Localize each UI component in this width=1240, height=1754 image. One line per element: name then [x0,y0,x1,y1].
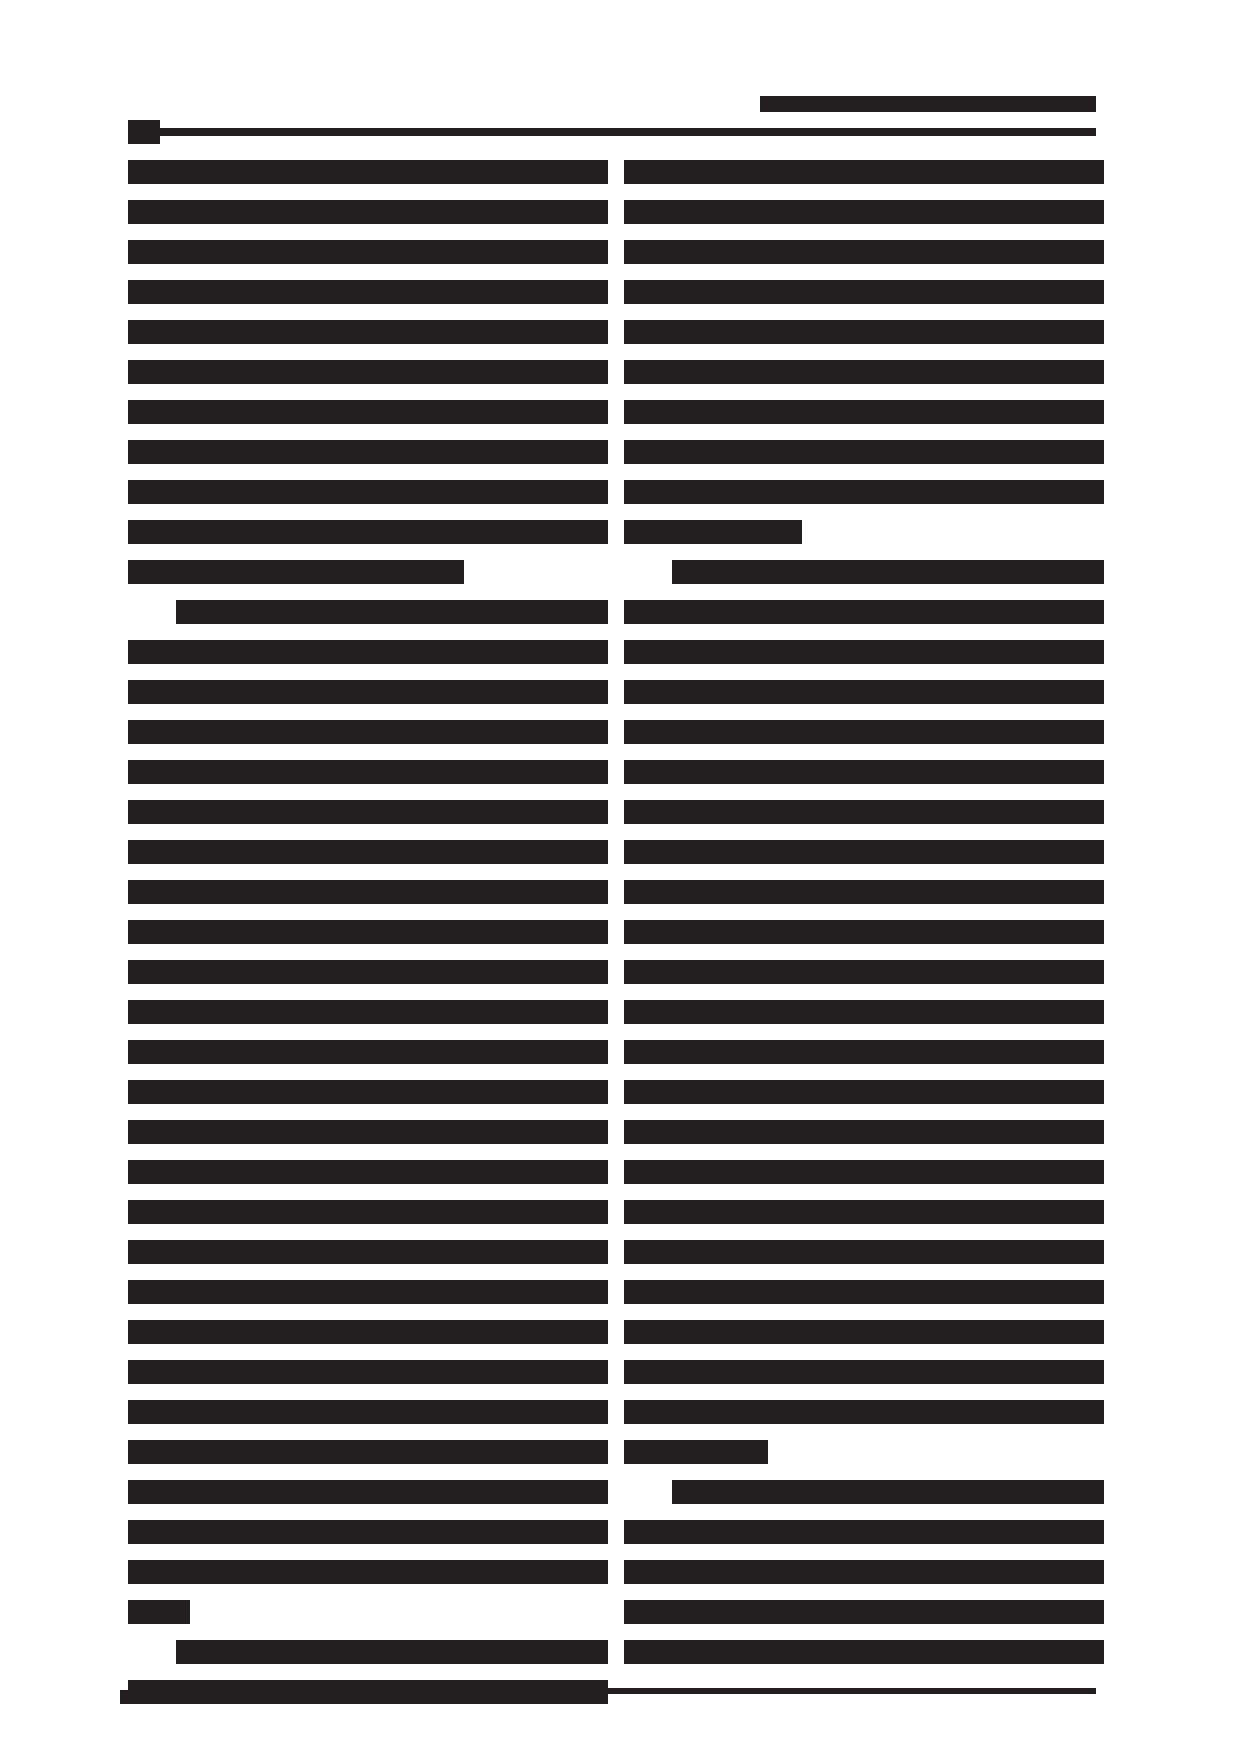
text-line [624,1200,1104,1224]
text-line [128,1360,608,1384]
text-line [624,240,1104,264]
text-line [128,1200,608,1224]
text-line [128,1120,608,1144]
text-line [624,920,1104,944]
text-line [624,1040,1104,1064]
left-column [128,160,608,1720]
text-line [128,440,608,464]
text-line [128,1320,608,1344]
text-line [176,600,608,624]
text-line [624,1080,1104,1104]
text-line [624,520,802,544]
text-line [128,960,608,984]
text-line [128,1080,608,1104]
text-line [128,560,464,584]
text-line [128,1240,608,1264]
text-line [624,840,1104,864]
text-line [624,960,1104,984]
text-line [624,320,1104,344]
text-line [624,800,1104,824]
text-line [128,280,608,304]
text-line [624,480,1104,504]
running-header [760,96,1096,112]
footer-text [120,1690,376,1704]
text-line [624,1520,1104,1544]
text-line [624,400,1104,424]
text-line [128,840,608,864]
text-line [128,520,608,544]
text-line [128,480,608,504]
text-line [128,200,608,224]
text-line [624,1320,1104,1344]
text-line [128,240,608,264]
text-line [128,720,608,744]
text-line [624,760,1104,784]
text-line [128,400,608,424]
text-line [128,360,608,384]
text-line [624,1120,1104,1144]
text-line [624,1400,1104,1424]
text-line [624,1600,1104,1624]
text-line [624,1240,1104,1264]
text-line [128,320,608,344]
text-line [624,600,1104,624]
text-line [672,1480,1104,1504]
text-line [176,1640,608,1664]
text-line [128,1440,608,1464]
text-line [128,1560,608,1584]
text-line [128,880,608,904]
text-line [128,1040,608,1064]
right-column [624,160,1104,1680]
text-line [624,360,1104,384]
text-line [128,1520,608,1544]
text-line [128,1000,608,1024]
text-line [128,1480,608,1504]
text-line [624,1440,768,1464]
text-line [624,280,1104,304]
text-line [624,1360,1104,1384]
text-line [128,1280,608,1304]
text-line [624,1280,1104,1304]
text-line [128,1400,608,1424]
text-line [624,1640,1104,1664]
text-line [624,200,1104,224]
text-line [624,440,1104,464]
text-line [624,1000,1104,1024]
text-line [624,1560,1104,1584]
text-line [128,640,608,664]
header-rule [128,128,1096,136]
text-line [128,160,608,184]
text-line [672,560,1104,584]
text-line [128,760,608,784]
text-line [624,160,1104,184]
text-line [624,720,1104,744]
text-line [128,920,608,944]
text-line [128,680,608,704]
text-line [128,1160,608,1184]
text-line [128,800,608,824]
text-line [624,680,1104,704]
text-line [128,1600,190,1624]
text-line [624,1160,1104,1184]
text-line [624,640,1104,664]
text-line [624,880,1104,904]
